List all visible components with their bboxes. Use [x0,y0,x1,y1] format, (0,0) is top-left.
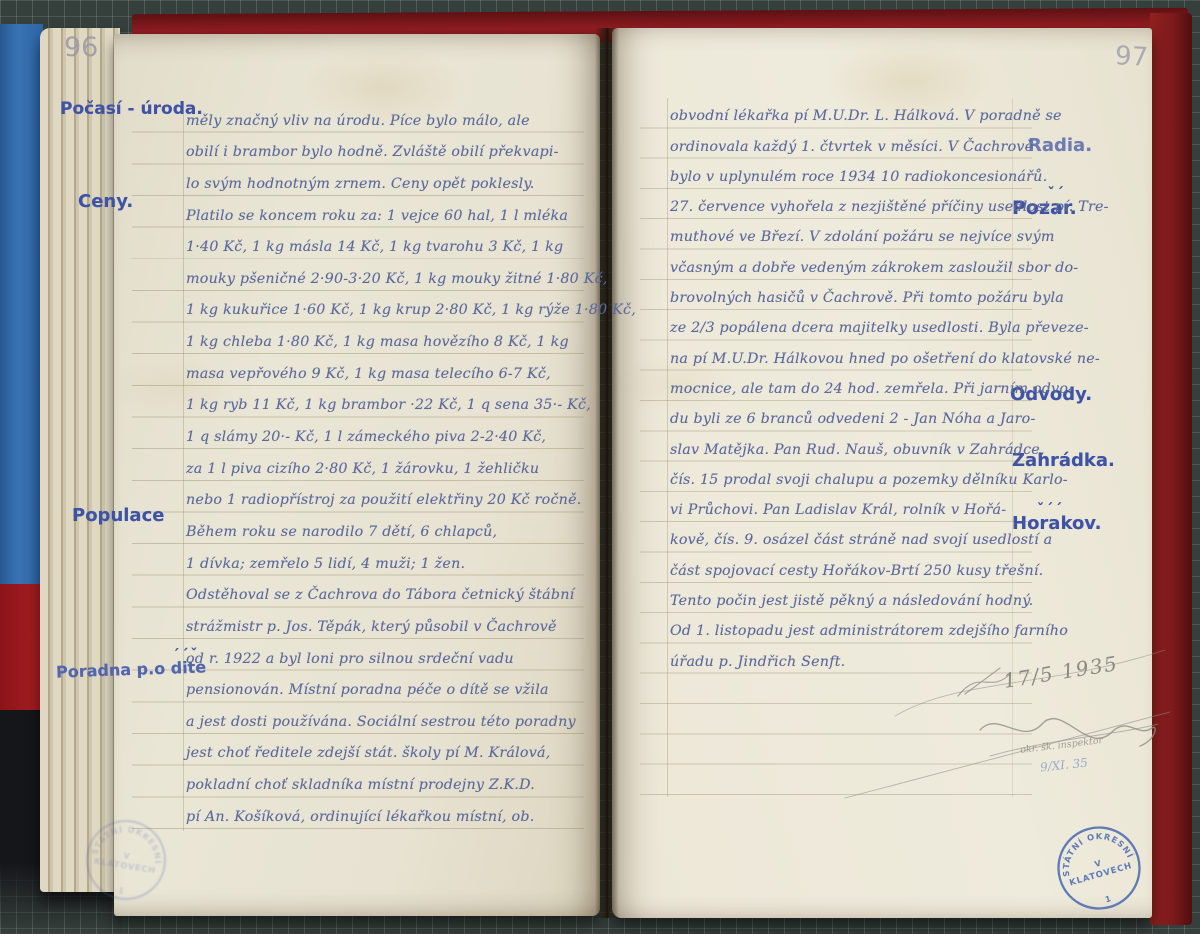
handwritten-line: pokladní choť skladníka místní prodejny … [186,765,581,797]
handwritten-line: 1·40 Kč, 1 kg másla 14 Kč, 1 kg tvarohu … [186,228,581,260]
chronicle-scan: 96 97 Počasí - úroda. Ceny. Populace Por… [0,0,1200,934]
handwritten-line: strážmistr p. Jos. Těpák, který působil … [186,607,581,639]
handwritten-line: vi Průchovi. Pan Ladislav Král, rolník v… [670,492,1030,522]
handwritten-line: 1 q slámy 20·- Kč, 1 l zámeckého piva 2-… [186,417,581,449]
handwritten-line: 1 dívka; zemřelo 5 lidí, 4 muži; 1 žen. [186,544,581,576]
handwriting-right-page: obvodní lékařka pí M.U.Dr. L. Hálková. V… [670,98,1030,674]
handwritten-line: lo svým hodnotným zrnem. Ceny opět pokle… [186,164,581,196]
diacritic-marks: ˇ´´ [1037,502,1064,518]
svg-text:1: 1 [118,886,125,896]
handwritten-line: včasným a dobře vedeným zákrokem zaslouž… [670,249,1030,279]
pencil-signatures [840,638,1172,810]
handwritten-line: čís. 15 prodal svoji chalupu a pozemky d… [670,462,1030,492]
handwritten-line: masa vepřového 9 Kč, 1 kg masa telecího … [186,354,581,386]
book-cover-red-corner [0,584,43,710]
handwritten-line: slav Matějka. Pan Rud. Nauš, obuvník v Z… [670,431,1030,461]
handwritten-line: Během roku se narodilo 7 dětí, 6 chlapců… [186,512,581,544]
handwritten-line: Odstěhoval se z Čachrova do Tábora četni… [186,576,581,608]
page-stack-edges [40,28,120,892]
handwritten-line: Platilo se koncem roku za: 1 vejce 60 ha… [186,196,581,228]
handwritten-line: 1 kg ryb 11 Kč, 1 kg brambor ·22 Kč, 1 q… [186,386,581,418]
handwritten-line: nebo 1 radiopřístroj za použití elektřin… [186,481,581,513]
handwritten-line: a jest dosti používána. Sociální sestrou… [186,702,581,734]
handwritten-line: ze 2/3 popálena dcera majitelky usedlost… [670,310,1030,340]
handwritten-line: obvodní lékařka pí M.U.Dr. L. Hálková. V… [670,98,1030,128]
heading-ceny: Ceny. [78,191,133,212]
handwritten-line: mouky pšeničné 2·90-3·20 Kč, 1 kg mouky … [186,259,581,291]
margin-rule-right-inner [667,98,668,797]
handwritten-line: 27. července vyhořela z nezjištěné příči… [670,189,1030,219]
handwritten-line: brovolných hasičů v Čachrově. Při tomto … [670,280,1030,310]
handwritten-line: kově, čís. 9. osázel část stráně nad svo… [670,522,1030,552]
svg-text:V: V [1093,858,1102,870]
handwritten-line: ordinovala každý 1. čtvrtek v měsíci. V … [670,128,1030,158]
handwritten-line: na pí M.U.Dr. Hálkovou hned po ošetření … [670,340,1030,370]
margin-rule-left [183,101,184,831]
heading-populace: Populace [72,505,164,526]
handwritten-line: od r. 1922 a byl loni pro silnou srdeční… [186,639,581,671]
handwritten-line: za 1 l piva cizího 2·80 Kč, 1 žárovku, 1… [186,449,581,481]
heading-radia: Radia. [1028,135,1092,156]
handwritten-line: 1 kg chleba 1·80 Kč, 1 kg masa hovězího … [186,322,581,354]
handwritten-line: měly značný vliv na úrodu. Píce bylo mál… [186,101,581,133]
handwritten-line: du byli ze 6 branců odvedeni 2 - Jan Nóh… [670,401,1030,431]
svg-text:1: 1 [1104,893,1113,904]
handwritten-line: mocnice, ale tam do 24 hod. zemřela. Při… [670,371,1030,401]
page-number-97: 97 [1114,41,1149,73]
handwritten-line: bylo v uplynulém roce 1934 10 radiokonce… [670,159,1030,189]
handwritten-line: jest choť ředitele zdejší stát. školy pí… [186,734,581,766]
book-gutter [595,28,619,918]
svg-text:V: V [123,851,130,861]
handwritten-line: pí An. Košíková, ordinující lékařkou mís… [186,797,581,829]
handwritten-line: 1 kg kukuřice 1·60 Kč, 1 kg krup 2·80 Kč… [186,291,581,323]
heading-pocasi-uroda: Počasí - úroda. [60,99,203,119]
page-number-96: 96 [64,32,98,63]
handwriting-left-page: měly značný vliv na úrodu. Píce bylo mál… [186,101,581,829]
book-spine-blue [0,24,43,590]
handwritten-line: Tento počin jest jistě pěkný a následová… [670,583,1030,613]
handwritten-line: muthové ve Březí. V zdolání požáru se ne… [670,219,1030,249]
archive-stamp-faint: STÁTNÍ OKRESNÍ ARCHIV V KLATOVECH 1 [61,800,192,921]
handwritten-line: pensionován. Místní poradna péče o dítě … [186,671,581,703]
handwritten-line: obilí i brambor bylo hodně. Zvláště obil… [186,133,581,165]
handwritten-line: část spojovací cesty Hořákov-Brtí 250 ku… [670,552,1030,582]
